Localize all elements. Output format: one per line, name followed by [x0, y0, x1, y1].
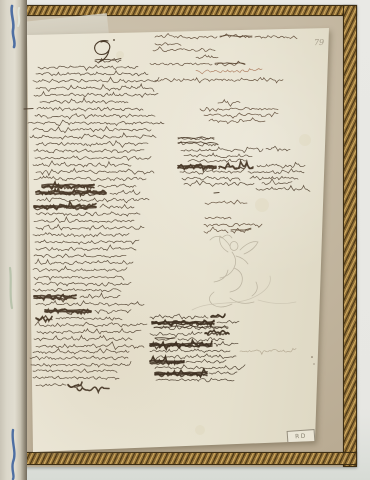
collection-stamp: RD	[287, 429, 316, 444]
manuscript-sheet-wrap: 79 RD 2	[0, 0, 370, 480]
page-number: 79	[314, 38, 324, 47]
stamp-mark: 2	[317, 429, 322, 436]
manuscript-photo: 79 RD 2	[0, 0, 370, 480]
manuscript-sheet: 79 RD 2	[0, 0, 370, 480]
